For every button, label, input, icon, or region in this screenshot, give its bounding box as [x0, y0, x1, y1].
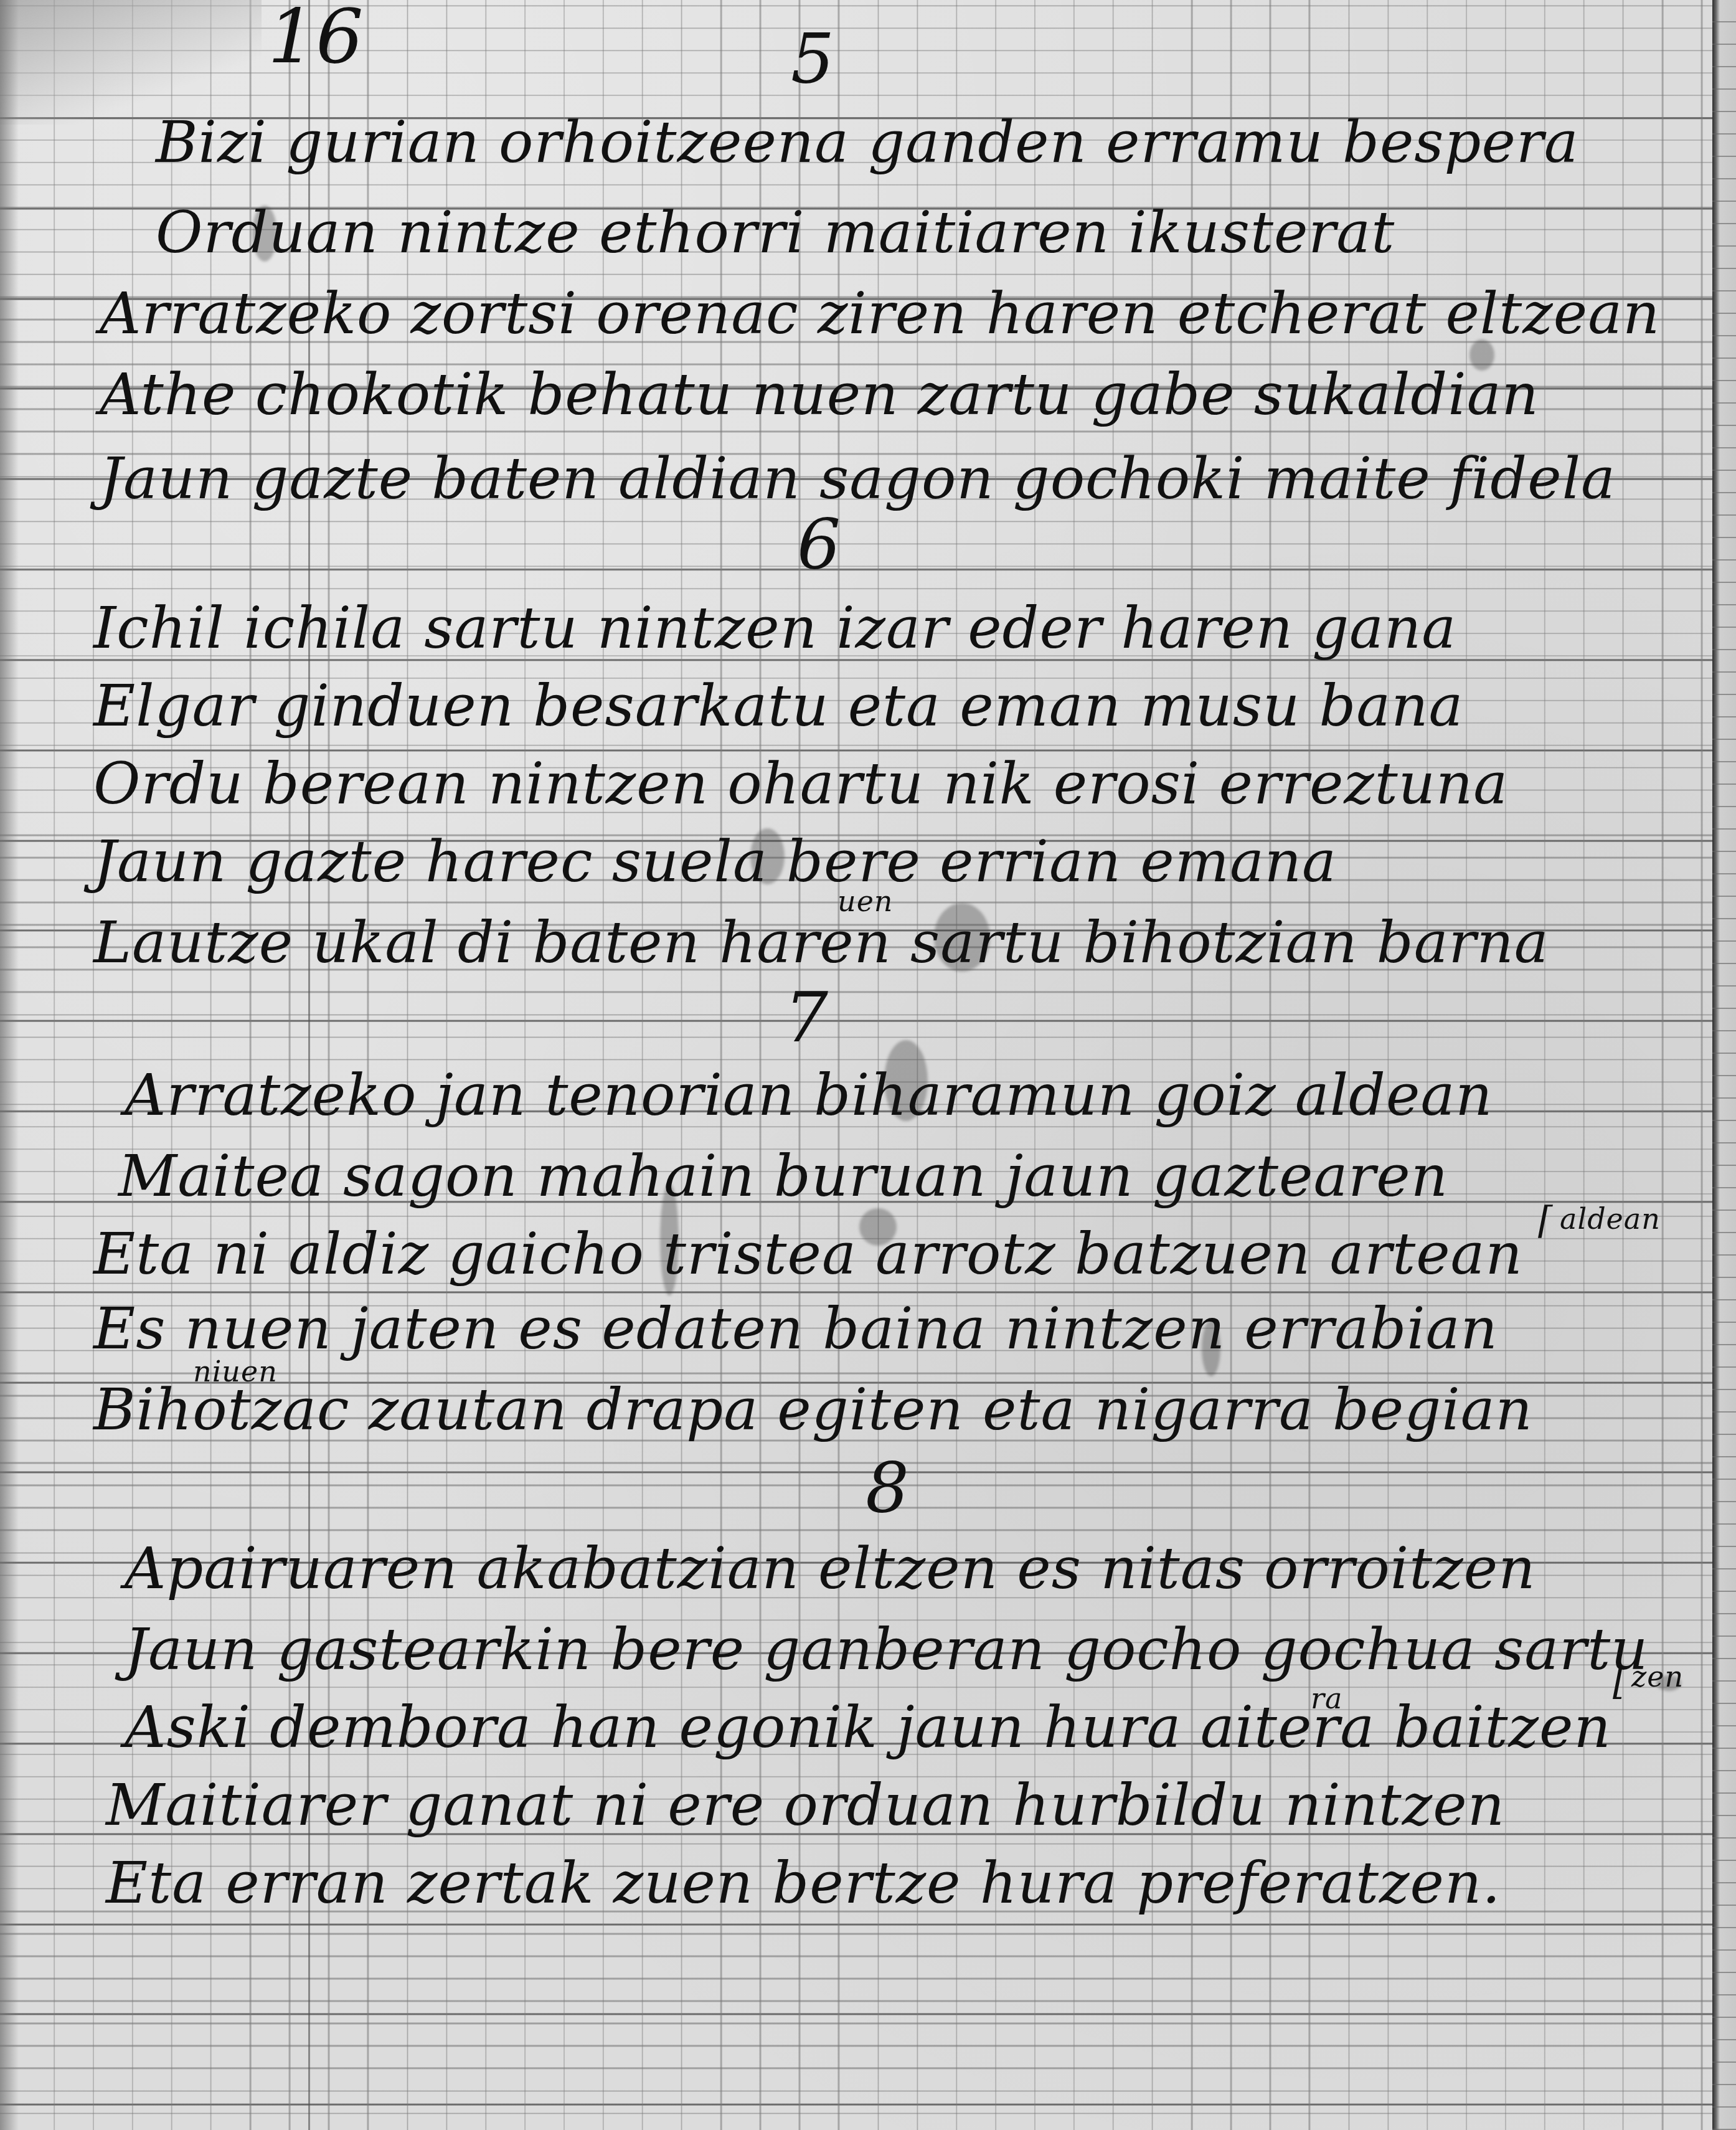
verse-line: Bihotzac zautan drapa egiten eta nigarra… — [93, 1376, 1533, 1443]
verse-line: Maitea sagon mahain buruan jaun gazteare… — [118, 1143, 1448, 1209]
verse-line: Ordu berean nintzen ohartu nik erosi err… — [93, 750, 1508, 817]
manuscript-page: 16 5 Bizi gurian orhoitzeena ganden erra… — [0, 0, 1712, 2130]
verse-line: Lautze ukal di baten haren sartu bihotzi… — [93, 909, 1549, 976]
verse-line: Bizi gurian orhoitzeena ganden erramu be… — [156, 109, 1579, 176]
stanza-number: 5 — [791, 19, 835, 98]
verse-line: Elgar ginduen besarkatu eta eman musu ba… — [93, 673, 1463, 739]
stanza-number: 7 — [785, 978, 829, 1058]
verse-line: Jaun gastearkin bere ganberan gocho goch… — [125, 1616, 1648, 1683]
verse-line: Eta ni aldiz gaicho tristea arrotz batzu… — [93, 1221, 1523, 1287]
page-edge-shadow — [0, 0, 19, 2130]
verse-line: Aski dembora han egonik jaun hura aitera… — [125, 1694, 1611, 1761]
interlinear-correction: aldean — [1560, 1202, 1661, 1236]
folded-corner — [0, 0, 262, 125]
verse-line: Athe chokotik behatu nuen zartu gabe suk… — [100, 361, 1539, 428]
verse-line: Apairuaren akabatzian eltzen es nitas or… — [125, 1535, 1536, 1602]
interlinear-correction: zen — [1631, 1660, 1684, 1693]
verse-line: Jaun gazte harec suela bere errian emana — [93, 828, 1337, 895]
stanza-number: 6 — [797, 504, 841, 584]
verse-line: Maitiarer ganat ni ere orduan hurbildu n… — [106, 1772, 1505, 1839]
verse-line: Eta erran zertak zuen bertze hura prefer… — [106, 1850, 1501, 1916]
insertion-bracket: ⌈ — [1538, 1199, 1553, 1242]
insertion-bracket: ⌊ — [1613, 1660, 1628, 1703]
folio-number: 16 — [268, 0, 364, 80]
stanza-number: 8 — [866, 1448, 910, 1528]
verse-line: Es nuen jaten es edaten baina nintzen er… — [93, 1295, 1498, 1362]
verse-line: Arratzeko jan tenorian biharamun goiz al… — [125, 1062, 1493, 1129]
verse-line: Jaun gazte baten aldian sagon gochoki ma… — [100, 445, 1616, 512]
verse-line: Arratzeko zortsi orenac ziren haren etch… — [100, 280, 1660, 347]
verse-line: Orduan nintze ethorri maitiaren ikustera… — [156, 199, 1395, 266]
verse-line: Ichil ichila sartu nintzen izar eder har… — [93, 595, 1456, 661]
notebook-binding — [1712, 0, 1736, 2130]
